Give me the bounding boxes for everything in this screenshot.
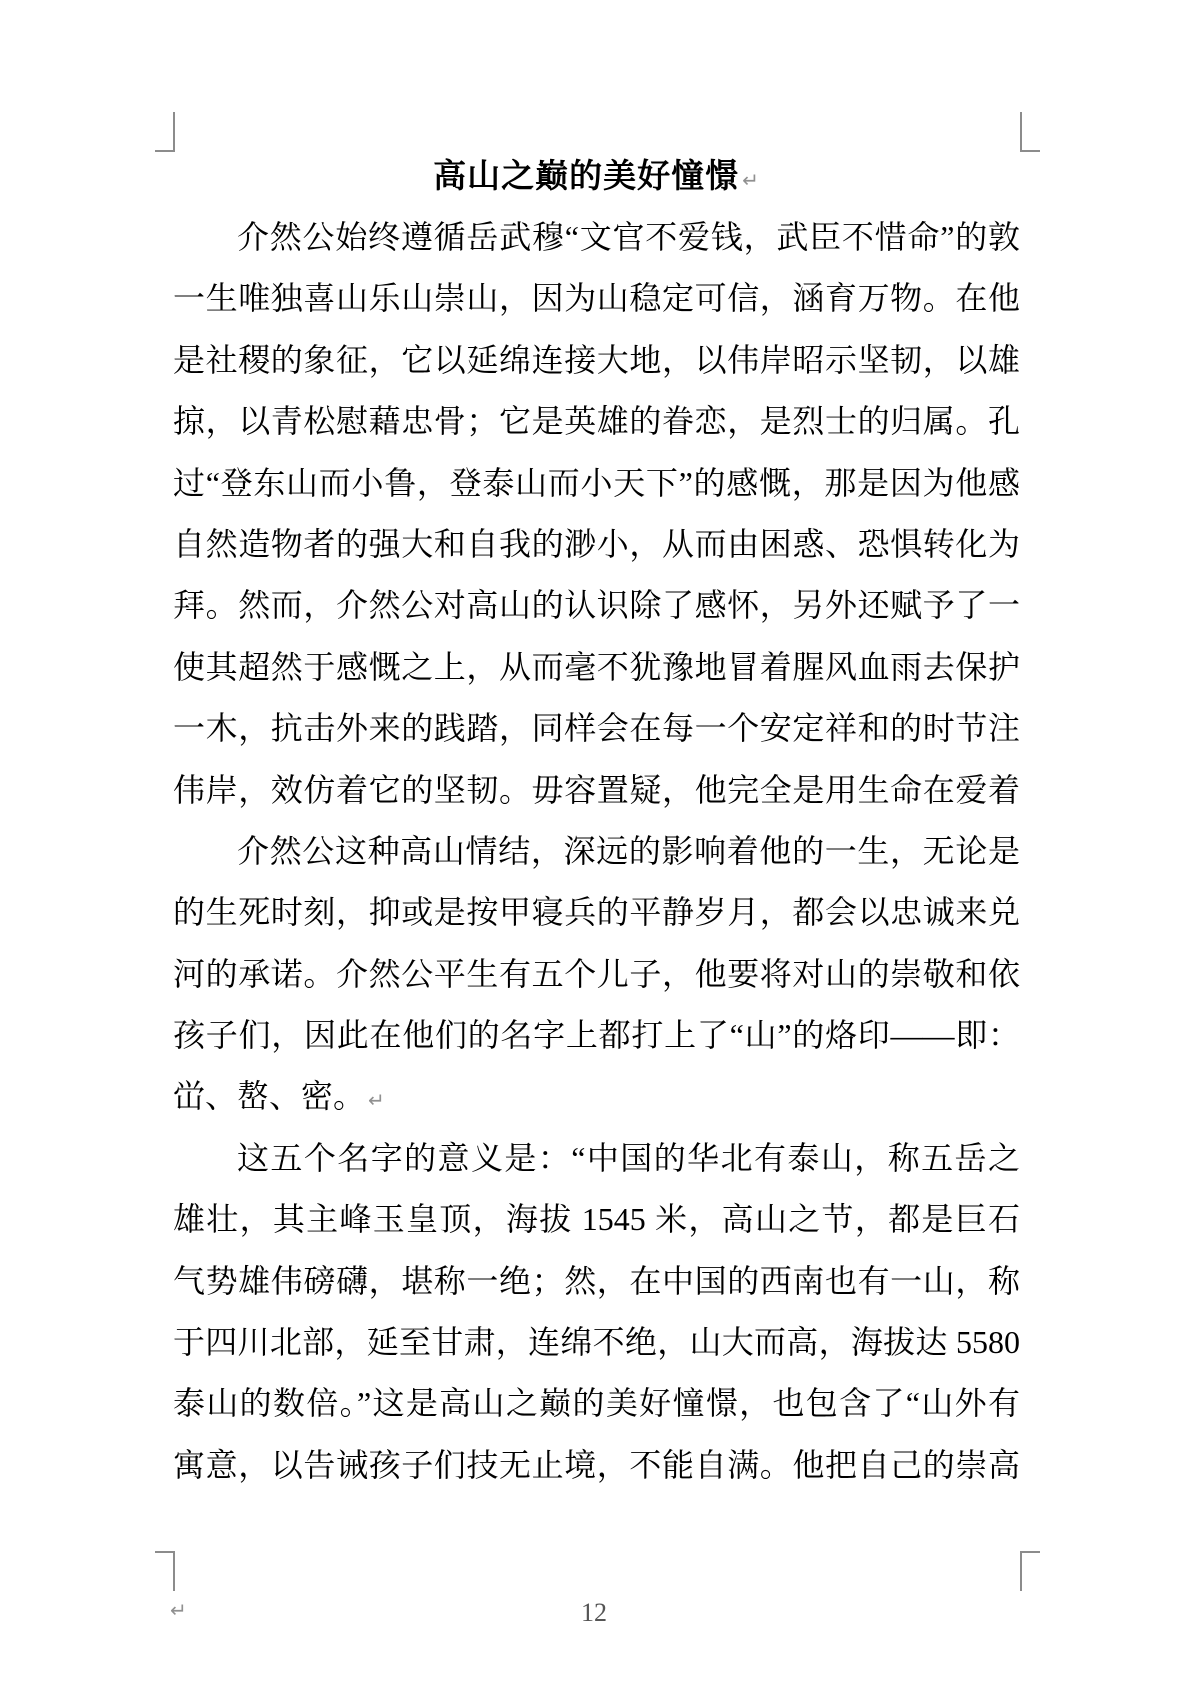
text-boundary-mark-top-right [1020, 112, 1040, 152]
paragraph-3: 这五个名字的意义是：“中国的华北有泰山，称五岳之首，巍然 雄壮，其主峰玉皇顶，海… [173, 1128, 1020, 1496]
text-line: 的生死时刻，抑或是按甲寝兵的平静岁月，都会以忠诚来兑现着对山 [173, 882, 1020, 943]
text-boundary-mark-bottom-left [155, 1551, 175, 1591]
text-line: 寓意，以告诫孩子们技无止境，不能自满。他把自己的崇高理想同时 [173, 1435, 1020, 1496]
text-boundary-mark-top-left [155, 112, 175, 152]
text-line-content: 峃、嶅、密。 [173, 1078, 365, 1114]
paragraph-mark-icon: ↵ [368, 1088, 385, 1112]
paragraph-2: 介然公这种高山情结，深远的影响着他的一生，无论是铁马冰河 的生死时刻，抑或是按甲… [173, 821, 1020, 1128]
text-line: 拜。然而，介然公对高山的认识除了感怀，另外还赋予了一种使命感， [173, 575, 1020, 636]
text-line-content: 伟岸，效仿着它的坚韧。毋容置疑，他完全是用生命在爱着它们！ [173, 772, 1020, 821]
text-line: 河的承诺。介然公平生有五个儿子，他要将对山的崇敬和依恋灌注给 [173, 944, 1020, 1005]
text-line: 泰山的数倍。”这是高山之巅的美好憧憬，也包含了“山外有山”之 [173, 1373, 1020, 1434]
text-line: 峃、嶅、密。↵ [173, 1066, 1020, 1127]
text-line: 这五个名字的意义是：“中国的华北有泰山，称五岳之首，巍然 [173, 1128, 1020, 1189]
text-line: 自然造物者的强大和自我的渺小，从而由困惑、恐惧转化为敬畏和崇 [173, 514, 1020, 575]
document-title: 高山之巅的美好憧憬 [433, 159, 739, 195]
text-line: 是社稷的象征，它以延绵连接大地，以伟岸昭示坚韧，以雄关阻遏侵 [173, 330, 1020, 391]
text-line: 过“登东山而小鲁，登泰山而小天下”的感慨，那是因为他感受到大 [173, 453, 1020, 514]
text-line: 一木，抗击外来的践踏，同样会在每一个安定祥和的时节注视着它的 [173, 698, 1020, 759]
text-line: 气势雄伟磅礴，堪称一绝；然，在中国的西南也有一山，称岷山，位 [173, 1251, 1020, 1312]
text-line: 使其超然于感慨之上，从而毫不犹豫地冒着腥风血雨去保护它的一草 [173, 637, 1020, 698]
paragraph-1: 介然公始终遵循岳武穆“文官不爱钱，武臣不惜命”的敦敦教诲， 一生唯独喜山乐山崇山… [173, 207, 1020, 821]
text-line: 孩子们，因此在他们的名字上都打上了“山”的烙印——即：岱、嵒、 [173, 1005, 1020, 1066]
text-line: 介然公这种高山情结，深远的影响着他的一生，无论是铁马冰河 [173, 821, 1020, 882]
text-line: 雄壮，其主峰玉皇顶，海拔 1545 米，高山之节，都是巨石矗立而成， [173, 1189, 1020, 1250]
page-number: 12 [0, 1598, 1188, 1628]
text-boundary-mark-bottom-right [1020, 1551, 1040, 1591]
text-line: 伟岸，效仿着它的坚韧。毋容置疑，他完全是用生命在爱着它们！↵ [173, 760, 1020, 821]
text-line: 介然公始终遵循岳武穆“文官不爱钱，武臣不惜命”的敦敦教诲， [173, 207, 1020, 268]
document-title-row: 高山之巅的美好憧憬↵ [173, 147, 1020, 207]
text-region: 高山之巅的美好憧憬↵ 介然公始终遵循岳武穆“文官不爱钱，武臣不惜命”的敦敦教诲，… [173, 147, 1020, 1496]
document-page: 高山之巅的美好憧憬↵ 介然公始终遵循岳武穆“文官不爱钱，武臣不惜命”的敦敦教诲，… [0, 0, 1188, 1681]
text-line: 掠，以青松慰藉忠骨；它是英雄的眷恋，是烈士的归属。孔子曾经有 [173, 391, 1020, 452]
paragraph-mark-icon: ↵ [742, 168, 760, 192]
text-line: 于四川北部，延至甘肃，连绵不绝，山大而高，海拔达 5580 米，是 [173, 1312, 1020, 1373]
text-line: 一生唯独喜山乐山崇山，因为山稳定可信，涵育万物。在他眼里，山 [173, 268, 1020, 329]
